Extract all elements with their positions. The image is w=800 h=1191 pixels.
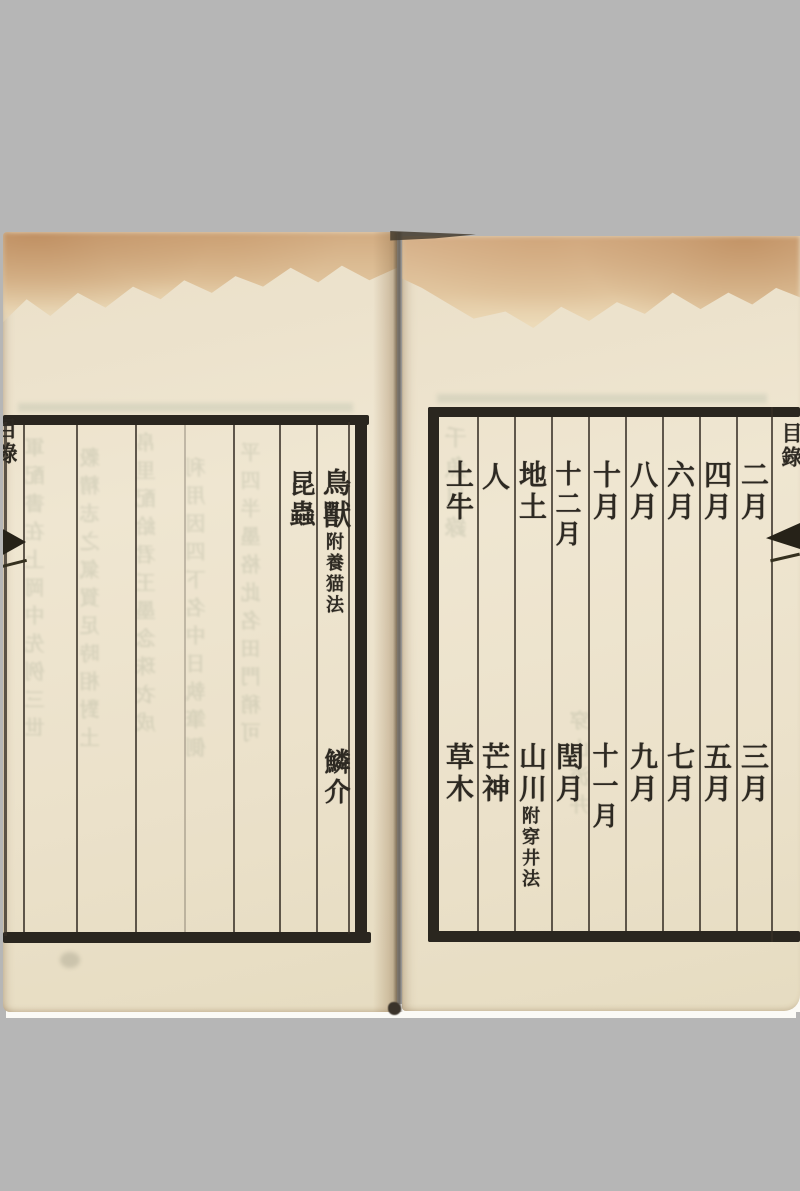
entry-sub-text: 附養猫法	[324, 532, 344, 616]
toc-entry-earth-ox: 土牛	[443, 460, 471, 524]
toc-entry-month: 十月	[590, 460, 618, 524]
column-rule	[76, 425, 78, 932]
left-page-top-stain	[3, 232, 397, 337]
bleedthrough-text: 平四半墨格此名田門稍可	[243, 442, 263, 750]
entry-main-text: 鳥獸	[319, 468, 350, 532]
frame-top-border	[428, 407, 800, 417]
frame-right-line	[771, 407, 773, 942]
margin-title: 目錄	[780, 422, 800, 470]
column-rule	[233, 425, 235, 932]
toc-entry-man: 人	[479, 462, 507, 494]
toc-entry-month: 五月	[701, 742, 729, 806]
entry-sub-text: 附穿井法	[520, 806, 540, 890]
toc-entry-month: 四月	[701, 460, 729, 524]
column-rule	[279, 425, 281, 932]
column-rule	[316, 425, 318, 932]
column-rule	[135, 425, 137, 932]
toc-entry-month: 十二月	[553, 460, 579, 550]
toc-entry-month: 二月	[738, 460, 766, 524]
book-scan: 軍配書在上岡中先例三世 穀精志之氣賀足時相對土 帛里配給君王墨念珠衣成 利用因四…	[0, 0, 800, 1191]
frame-left-border	[428, 407, 439, 942]
frame-top-border	[3, 415, 369, 425]
toc-entry-month: 八月	[627, 460, 655, 524]
paper-spot	[60, 952, 80, 968]
right-page-ink-smear	[437, 394, 767, 403]
left-page-ink-smear	[18, 403, 353, 412]
toc-entry-month: 三月	[738, 742, 766, 806]
column-rule	[477, 417, 479, 931]
toc-entry-mang-shen: 芒神	[479, 742, 507, 806]
toc-entry-month: 七月	[664, 742, 692, 806]
column-rule	[23, 425, 25, 932]
toc-entry-plants: 草木	[443, 742, 471, 806]
toc-entry-earth: 地土	[516, 460, 544, 524]
right-page-top-stain	[402, 236, 800, 354]
toc-entry-insects: 昆蟲	[287, 470, 313, 530]
frame-bottom-border	[3, 932, 371, 943]
column-rule	[184, 425, 186, 932]
fold-mark-bottom	[388, 1002, 401, 1015]
margin-title: 目錄	[3, 417, 16, 467]
toc-entry-birds-beasts: 鳥獸附養猫法	[320, 468, 348, 616]
center-fold-shadow	[393, 232, 403, 1012]
right-page: 千魚目錄 穿山流井 目錄 二月 四月 六月 八月 十月 十二月 地土 人 土牛 …	[402, 236, 800, 1011]
toc-entry-mountains-rivers: 山川附穿井法	[516, 742, 544, 890]
bleedthrough-text: 帛里配給君王墨念珠衣成	[138, 432, 158, 740]
toc-entry-month: 九月	[627, 742, 655, 806]
bleedthrough-text: 利用因四下名中日執筆側	[188, 457, 208, 765]
frame-bottom-border	[428, 931, 800, 942]
bleedthrough-text: 軍配書在上岡中先例三世	[27, 437, 47, 745]
left-page: 軍配書在上岡中先例三世 穀精志之氣賀足時相對土 帛里配給君王墨念珠衣成 利用因四…	[3, 232, 397, 1012]
frame-right-border	[355, 415, 367, 943]
frame-left-edge-line	[4, 422, 7, 936]
fishtail-line-icon	[770, 553, 800, 562]
entry-main-text: 山川	[515, 742, 546, 806]
toc-entry-month: 六月	[664, 460, 692, 524]
bleedthrough-text: 穀精志之氣賀足時相對土	[82, 447, 102, 755]
toc-entry-month: 閏月	[553, 742, 581, 806]
toc-entry-scaly-shelled: 鱗介	[322, 748, 348, 808]
toc-entry-month: 十一月	[590, 742, 616, 832]
